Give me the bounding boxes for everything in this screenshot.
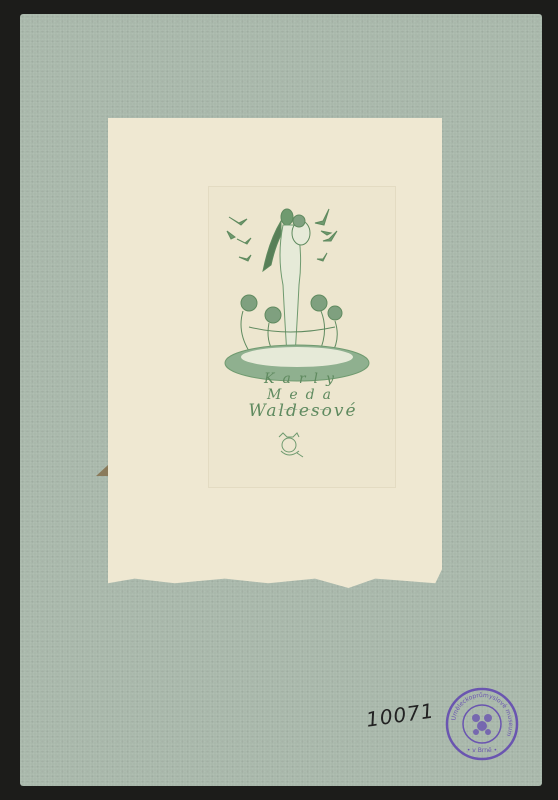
owner-line-1: Karly Meda [223,371,383,403]
plate-impression: Karly Meda Waldesové ~~~~~ ~~ ~~ [208,186,396,488]
artist-signature: ~~~~~ ~~ ~~ [249,407,359,413]
bookplate-paper: Karly Meda Waldesové ~~~~~ ~~ ~~ [108,118,442,588]
museum-stamp-icon: Uměleckoprůmyslové museum • v Brně • [444,686,520,762]
stamp-city: • v Brně • [467,747,497,754]
artist-monogram-icon [271,431,307,459]
